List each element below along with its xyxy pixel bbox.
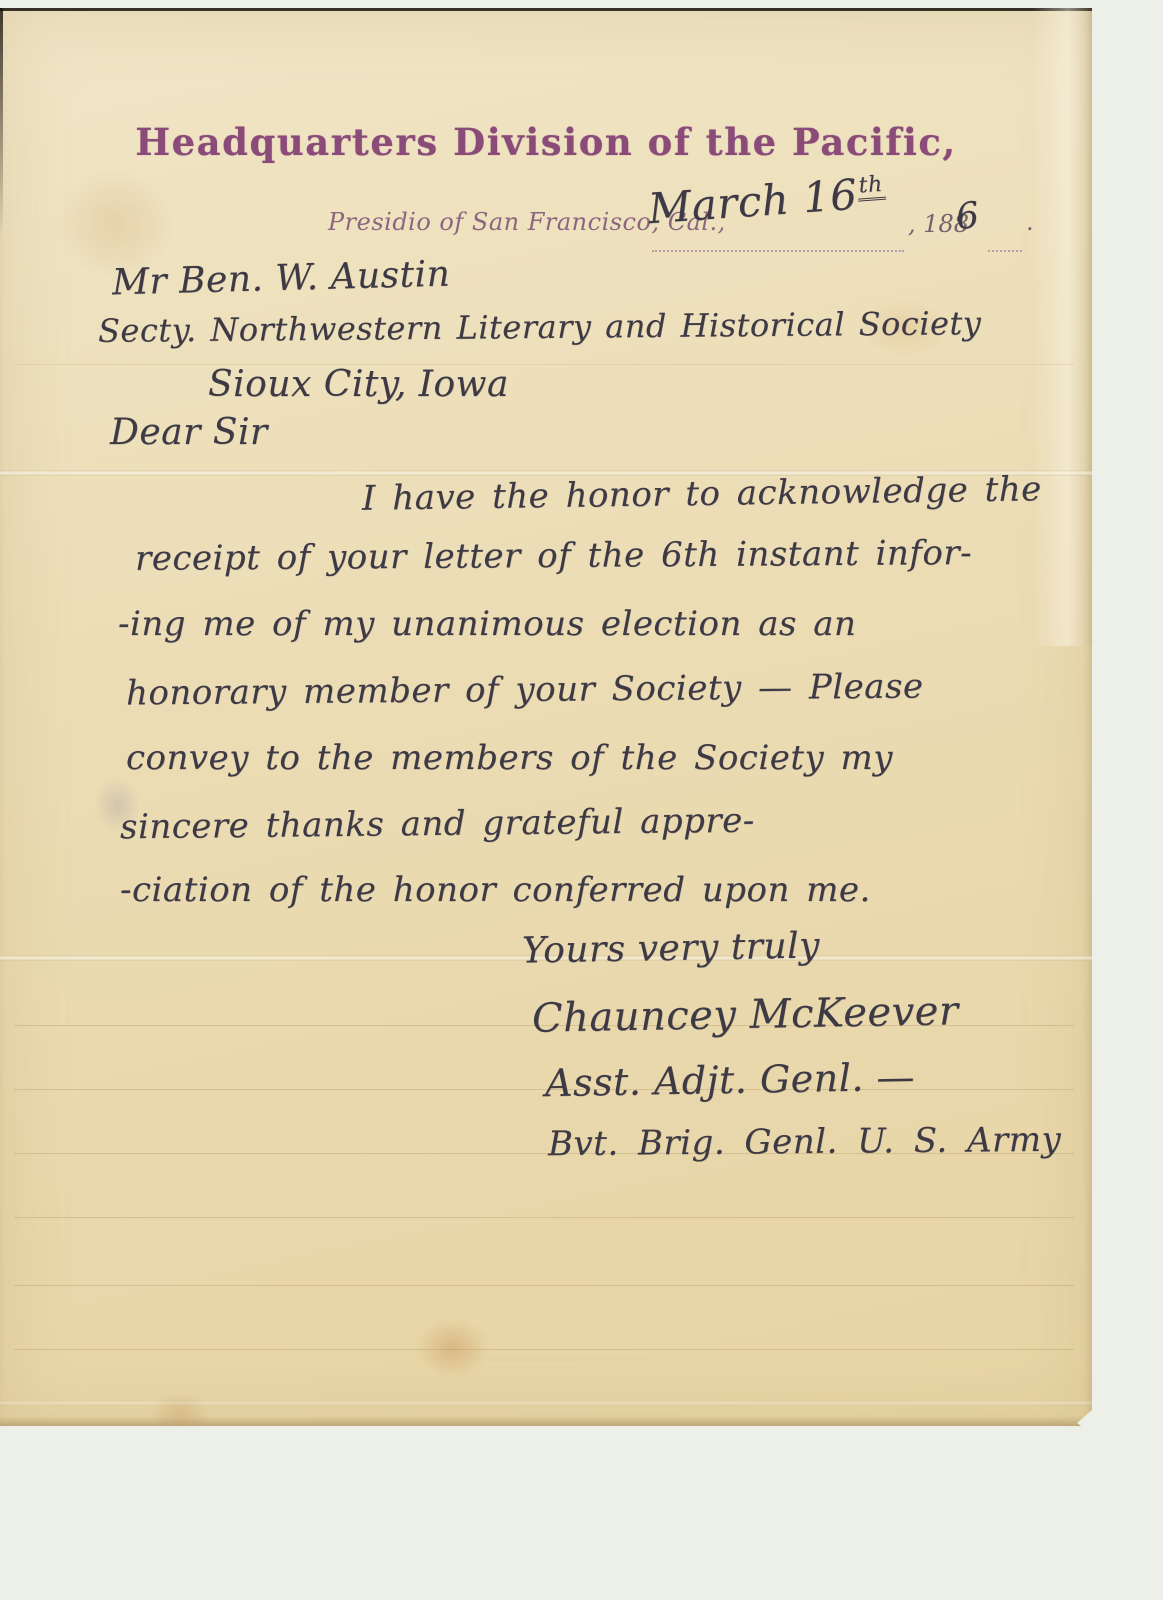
signer-title-line-1: Asst. Adjt. Genl. — bbox=[545, 1055, 916, 1105]
year-dotted-underline bbox=[988, 250, 1022, 252]
scan-background: Headquarters Division of the Pacific, Pr… bbox=[0, 0, 1163, 1600]
letterhead-title: Headquarters Division of the Pacific, bbox=[0, 120, 1092, 164]
handwritten-date: March 16th bbox=[647, 168, 887, 233]
stain bbox=[415, 1318, 490, 1378]
ruled-line bbox=[14, 364, 1074, 365]
body-line: convey to the members of the Society my bbox=[126, 738, 893, 778]
letterhead-period: . bbox=[1026, 208, 1034, 236]
body-line: sincere thanks and grateful appre- bbox=[120, 801, 755, 848]
recipient-city-line: Sioux City, Iowa bbox=[208, 364, 509, 405]
handwritten-year-digit: 6 bbox=[954, 195, 982, 238]
body-line: -ing me of my unanimous election as an bbox=[118, 604, 856, 644]
ruled-line bbox=[14, 1285, 1074, 1286]
paper-right-fold-shading bbox=[1032, 8, 1092, 646]
body-line: -ciation of the honor conferred upon me. bbox=[120, 870, 871, 910]
signer-title-line-2: Bvt. Brig. Genl. U. S. Army bbox=[548, 1120, 1062, 1164]
valediction-line: Yours very truly bbox=[522, 925, 821, 971]
ruled-line bbox=[14, 1349, 1074, 1350]
handwritten-date-day: March 16 bbox=[647, 170, 859, 233]
body-line: honorary member of your Society — Please bbox=[126, 667, 924, 714]
letter-paper: Headquarters Division of the Pacific, Pr… bbox=[0, 8, 1092, 1426]
recipient-name-line: Mr Ben. W. Austin bbox=[112, 254, 451, 304]
ruled-line bbox=[14, 1217, 1074, 1218]
handwritten-date-suffix: th bbox=[856, 172, 886, 202]
body-line: receipt of your letter of the 6th instan… bbox=[135, 533, 972, 579]
recipient-title-line: Secty. Northwestern Literary and Histori… bbox=[98, 304, 982, 350]
signature: Chauncey McKeever bbox=[532, 988, 959, 1041]
stain bbox=[150, 1393, 210, 1433]
body-line: I have the honor to acknowledge the bbox=[362, 469, 1042, 518]
paper-top-edge-shadow bbox=[0, 8, 1092, 11]
date-dotted-underline bbox=[652, 250, 904, 252]
salutation-line: Dear Sir bbox=[110, 412, 268, 453]
